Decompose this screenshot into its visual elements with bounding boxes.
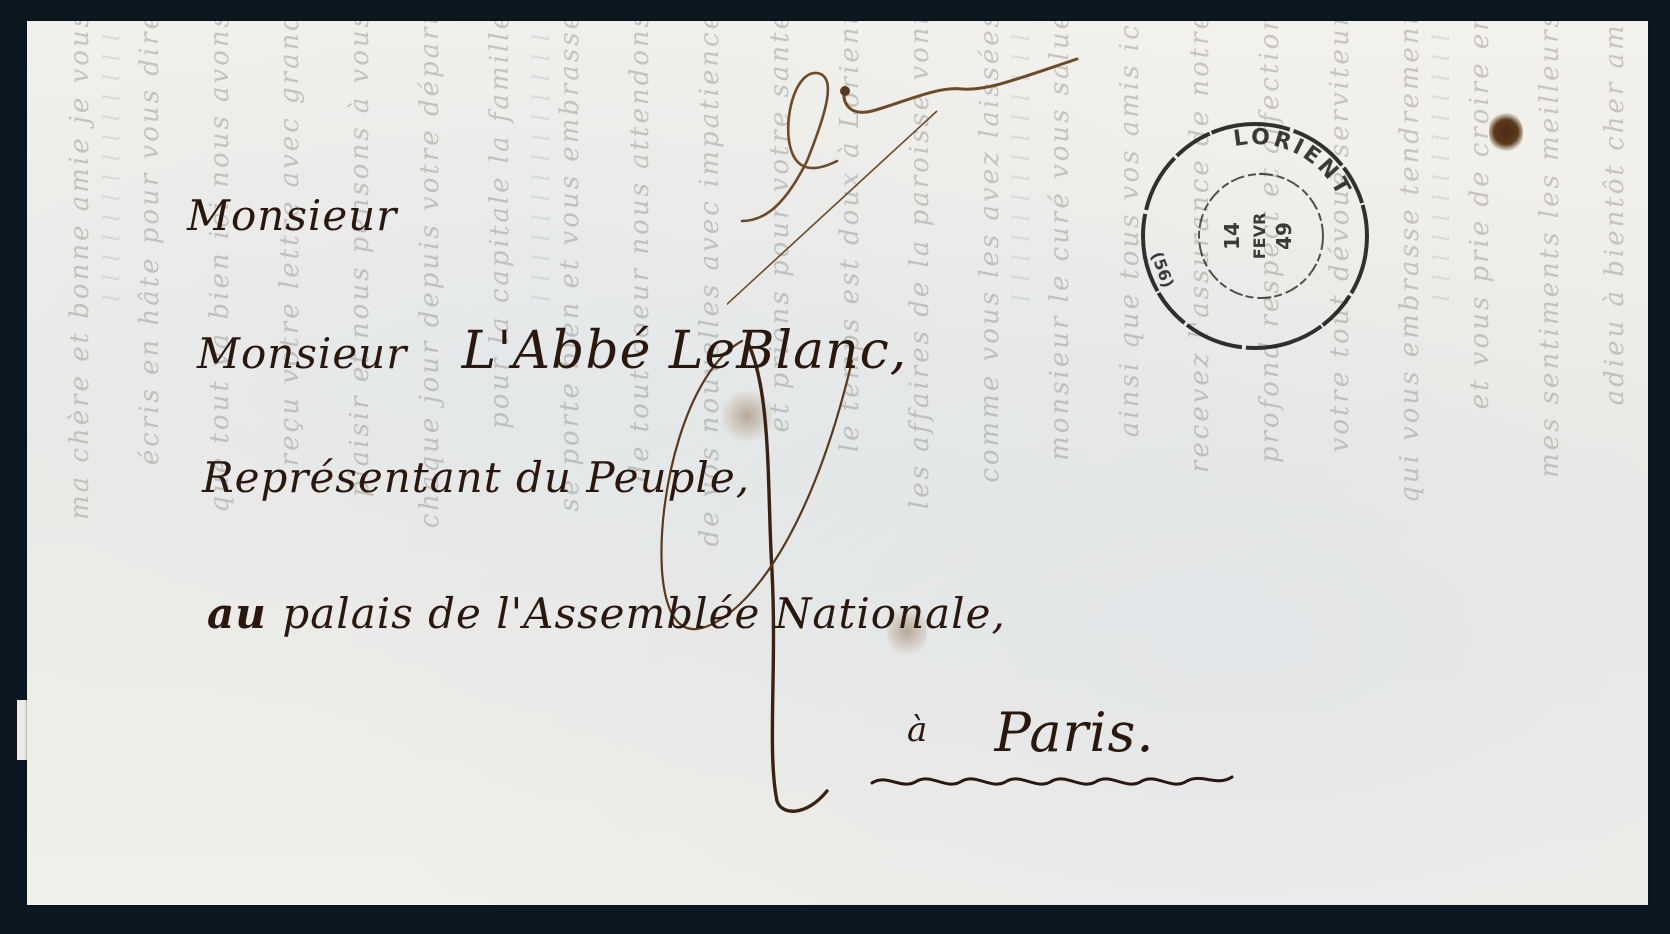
postmark-town: LORIENT [1227, 118, 1358, 228]
city-underline-flourish [867, 769, 1237, 793]
ghost-text-column: l l l l l l l l l l l l l l l [1432, 21, 1454, 301]
address-recipient-line: Monsieur L'Abbé LeBlanc, [197, 321, 907, 381]
recipient-city: Paris. [994, 701, 1154, 764]
recipient-city-line: à Paris. [907, 701, 1155, 764]
svg-text:LORIENT: LORIENT [1227, 118, 1358, 228]
recipient-title: Représentant du Peuple, [202, 453, 750, 502]
postmark-day: 14 [1220, 222, 1244, 250]
ghost-text-column: adieu à bientôt cher ami [1602, 21, 1628, 405]
address-honorific: Monsieur [197, 329, 407, 378]
city-prefix: à [907, 710, 928, 750]
ghost-text-column: mes sentiments les meilleurs [1537, 21, 1563, 478]
lorient-postmark: LORIENT 14 FEVR 49 (56) [1137, 118, 1373, 354]
location-prefix: au [207, 589, 267, 638]
ghost-text-column: ma chère et bonne amie je vous [67, 21, 93, 520]
postage-due-tax-mark [617, 311, 877, 831]
location-building: palais de l'Assemblée Nationale, [282, 589, 1005, 638]
ghost-text-column: l l l l l l l l l l l l l l l [102, 21, 124, 301]
ghost-text-column: se porte bien et vous embrasse [557, 21, 583, 512]
letter-sheet: ma chère et bonne amie je vous écris en … [27, 21, 1648, 905]
ghost-text-column: qui vous embrasse tendrement [1397, 21, 1423, 503]
ghost-text-column: écris en hâte pour vous dire [137, 21, 163, 465]
recipient-location: au palais de l'Assemblée Nationale, [207, 589, 1006, 638]
postmark-year: 49 [1272, 222, 1296, 250]
ghost-text-column: reçu votre lettre avec grand [277, 21, 303, 466]
address-salutation: Monsieur [187, 191, 397, 240]
ghost-text-column: l l l l l l l l l l l l l l l [532, 21, 554, 301]
manuscript-le-mark: Le [727, 51, 1147, 331]
postmark-month: FEVR [1250, 213, 1269, 260]
svg-text:Le: Le [877, 51, 879, 52]
ink-blot [1489, 111, 1523, 153]
document-scan: ma chère et bonne amie je vous écris en … [0, 0, 1670, 934]
ghost-text-column: plaisir et nous pensons à vous [347, 21, 373, 497]
recipient-name: L'Abbé LeBlanc, [462, 321, 908, 381]
ghost-text-column: que tout va bien ici nous avons [207, 21, 233, 513]
ghost-text-column: et vous prie de croire en [1467, 21, 1493, 409]
